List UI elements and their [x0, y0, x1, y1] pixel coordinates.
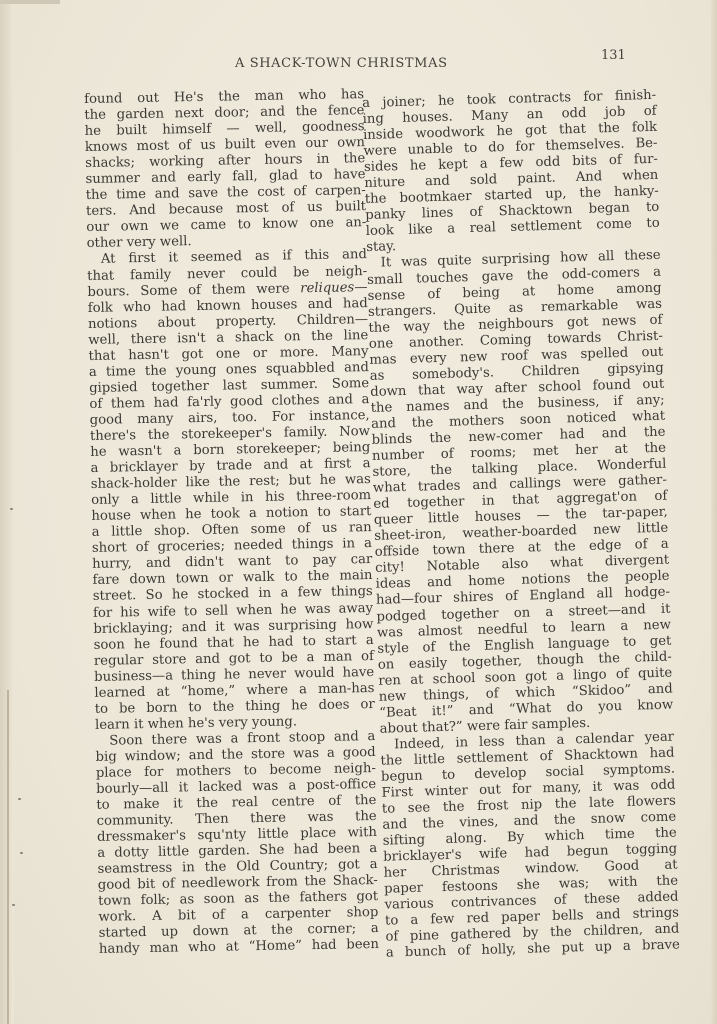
paper-speck	[10, 508, 13, 510]
binding-thread	[7, 690, 9, 1024]
scan-shadow	[0, 0, 60, 4]
running-title: A SHACK-TOWN CHRISTMAS	[235, 56, 448, 71]
scanned-book-page: A SHACK-TOWN CHRISTMAS 131 found out He'…	[0, 0, 717, 1024]
paper-speck	[18, 798, 21, 800]
text-column-left: found out He's the man who hasthe garden…	[84, 87, 379, 958]
paper-speck	[20, 852, 23, 854]
page-edge-right	[711, 0, 717, 1024]
page-number: 131	[601, 48, 626, 63]
paper-speck	[12, 904, 15, 906]
italic-word: reliques	[300, 280, 354, 296]
text-column-right: a joiner; he took contracts for finish-i…	[362, 88, 680, 962]
